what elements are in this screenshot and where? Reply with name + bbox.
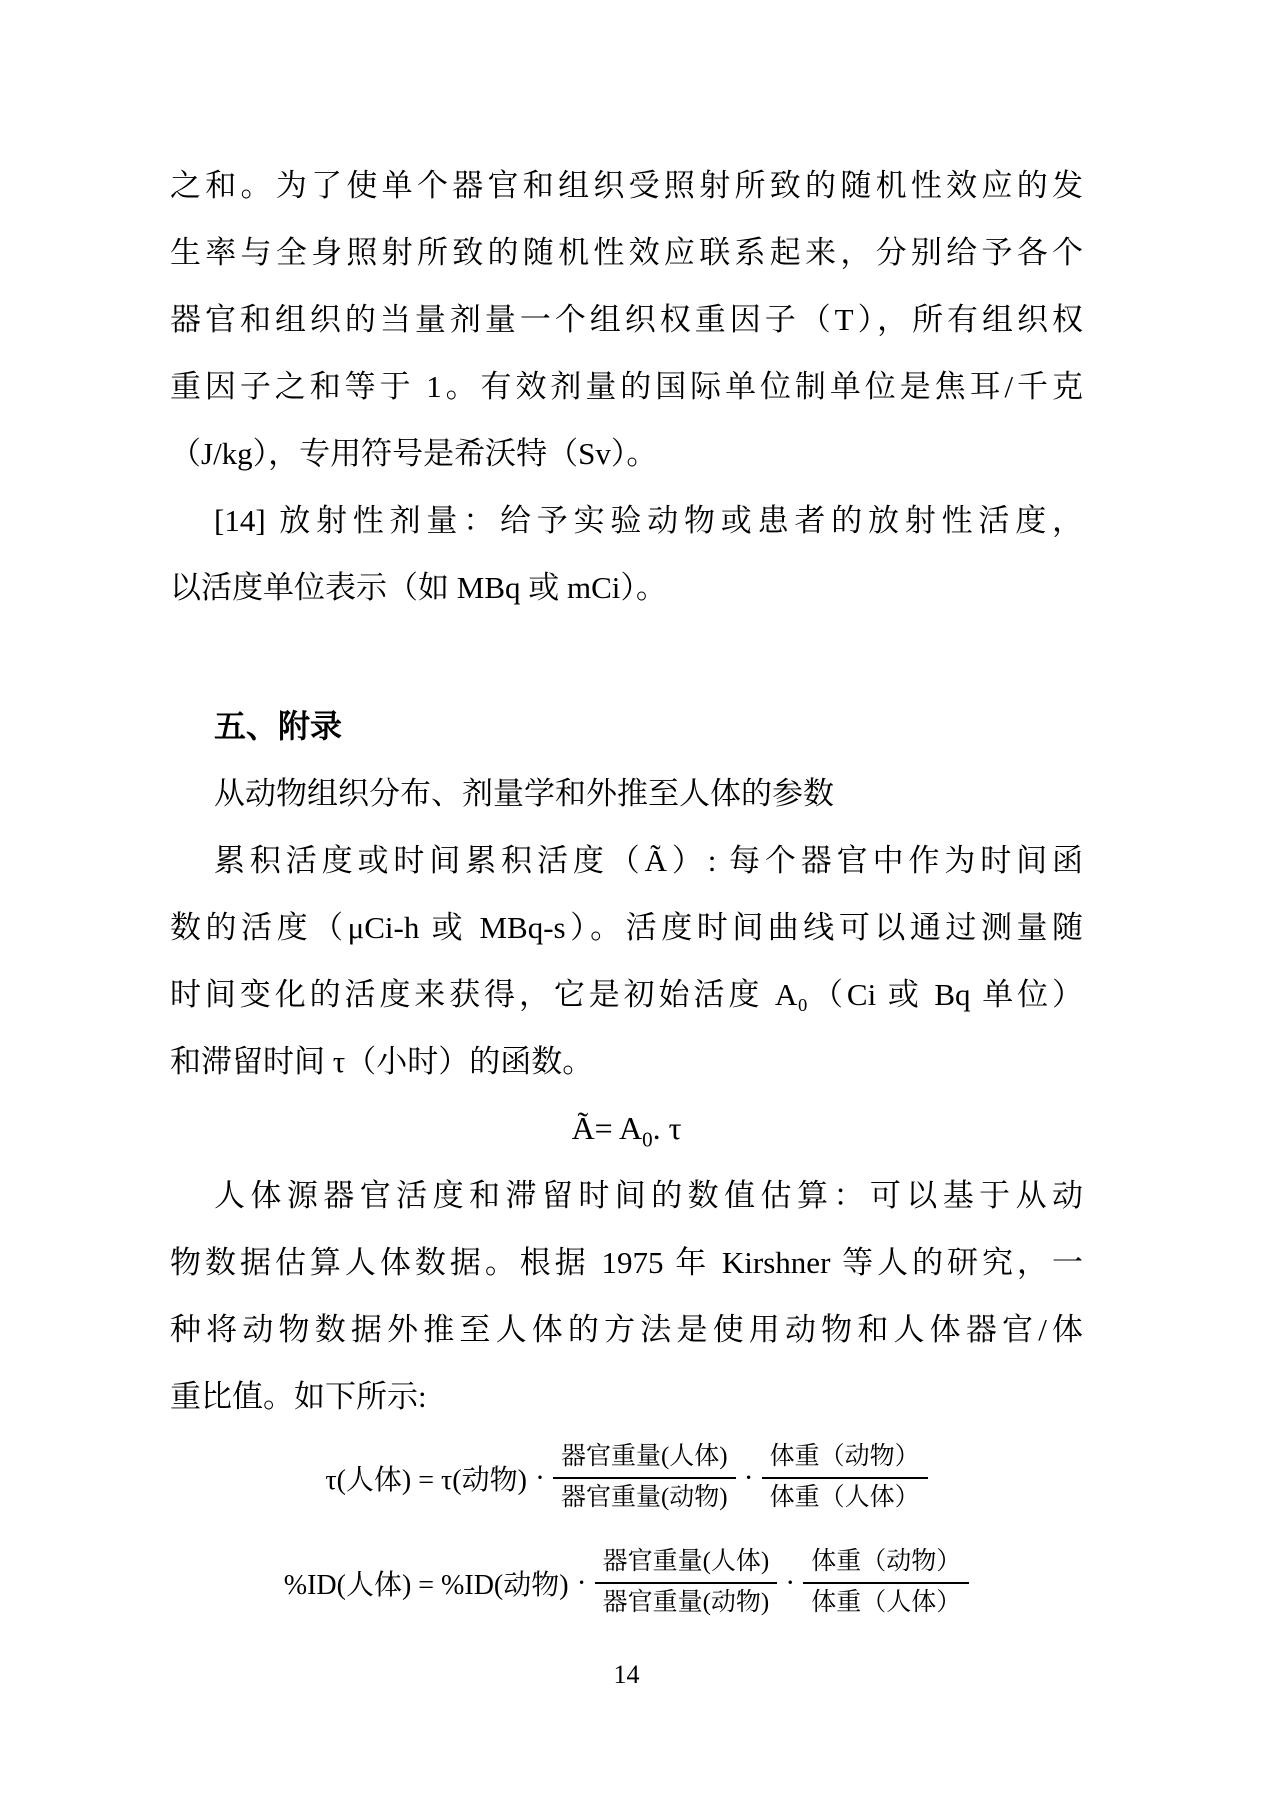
- paragraph-line: （J/kg），专用符号是希沃特（Sv）。: [170, 420, 1083, 487]
- paragraph-line: 物数据估算人体数据。根据 1975 年 Kirshner 等人的研究，一: [170, 1229, 1083, 1296]
- fraction-denominator: 体重（人体）: [770, 1479, 920, 1515]
- paragraph-parameters-intro: 从动物组织分布、剂量学和外推至人体的参数: [170, 760, 1083, 827]
- fraction-body-weight: 体重（动物） 体重（人体）: [762, 1441, 928, 1514]
- vertical-spacer: [170, 621, 1083, 693]
- paragraph-line: 之和。为了使单个器官和组织受照射所致的随机性效应的发: [170, 152, 1083, 219]
- page-number: 14: [170, 1655, 1083, 1695]
- formula-text: . τ: [653, 1110, 682, 1146]
- formula-lhs: %ID(人体) = %ID(动物): [284, 1563, 569, 1603]
- paragraph-line: 器官和组织的当量剂量一个组织权重因子（T），所有组织权: [170, 286, 1083, 353]
- fraction-numerator: 器官重量(人体): [553, 1441, 736, 1479]
- formula-lhs: τ(人体) = τ(动物): [325, 1458, 527, 1498]
- formula-cumulated-activity: Ã= A0. τ: [170, 1095, 1083, 1162]
- fraction-denominator: 器官重量(动物): [603, 1584, 770, 1620]
- paragraph-line: 和滞留时间 τ（小时）的函数。: [170, 1028, 1083, 1095]
- formula-text: Ã= A: [572, 1110, 643, 1146]
- multiply-dot: ·: [785, 1566, 795, 1600]
- paragraph-radioactive-dose: [14] 放射性剂量：给予实验动物或患者的放射性活度， 以活度单位表示（如 MB…: [170, 487, 1083, 621]
- paragraph-line: 以活度单位表示（如 MBq 或 mCi）。: [170, 554, 1083, 621]
- document-page: 之和。为了使单个器官和组织受照射所致的随机性效应的发 生率与全身照射所致的随机性…: [0, 0, 1280, 1810]
- fraction-organ-weight: 器官重量(人体) 器官重量(动物): [553, 1441, 736, 1514]
- paragraph-line: 种将动物数据外推至人体的方法是使用动物和人体器官/体: [170, 1296, 1083, 1363]
- paragraph-extrapolation: 人体源器官活度和滞留时间的数值估算：可以基于从动 物数据估算人体数据。根据 19…: [170, 1162, 1083, 1430]
- paragraph-line: 时间变化的活度来获得，它是初始活度 A₀（Ci 或 Bq 单位）: [170, 961, 1083, 1028]
- fraction-organ-weight: 器官重量(人体) 器官重量(动物): [595, 1546, 778, 1619]
- fraction-numerator: 体重（动物）: [762, 1441, 928, 1479]
- paragraph-line: 生率与全身照射所致的随机性效应联系起来，分别给予各个: [170, 219, 1083, 286]
- fraction-denominator: 体重（人体）: [811, 1584, 961, 1620]
- paragraph-line: 数的活度（μCi-h 或 MBq-s）。活度时间曲线可以通过测量随: [170, 894, 1083, 961]
- fraction-numerator: 体重（动物）: [803, 1546, 969, 1584]
- formula-tau-extrapolation: τ(人体) = τ(动物) · 器官重量(人体) 器官重量(动物) · 体重（动…: [170, 1430, 1083, 1525]
- paragraph-line: 累积活度或时间累积活度（Ã）: 每个器官中作为时间函: [170, 827, 1083, 894]
- multiply-dot: ·: [577, 1566, 587, 1600]
- paragraph-cumulated-activity: 累积活度或时间累积活度（Ã）: 每个器官中作为时间函 数的活度（μCi-h 或 …: [170, 827, 1083, 1095]
- fraction-body-weight: 体重（动物） 体重（人体）: [803, 1546, 969, 1619]
- multiply-dot: ·: [535, 1461, 545, 1495]
- paragraph-line: [14] 放射性剂量：给予实验动物或患者的放射性活度，: [170, 487, 1083, 554]
- fraction-numerator: 器官重量(人体): [595, 1546, 778, 1584]
- multiply-dot: ·: [744, 1461, 754, 1495]
- paragraph-line: 重比值。如下所示:: [170, 1363, 1083, 1430]
- section-heading-appendix: 五、附录: [170, 693, 1083, 760]
- formula-id-extrapolation: %ID(人体) = %ID(动物) · 器官重量(人体) 器官重量(动物) · …: [170, 1535, 1083, 1630]
- paragraph-line: 人体源器官活度和滞留时间的数值估算：可以基于从动: [170, 1162, 1083, 1229]
- paragraph-dose-definition: 之和。为了使单个器官和组织受照射所致的随机性效应的发 生率与全身照射所致的随机性…: [170, 152, 1083, 487]
- fraction-denominator: 器官重量(动物): [561, 1479, 728, 1515]
- formula-subscript: 0: [642, 1127, 653, 1151]
- paragraph-line: 重因子之和等于 1。有效剂量的国际单位制单位是焦耳/千克: [170, 353, 1083, 420]
